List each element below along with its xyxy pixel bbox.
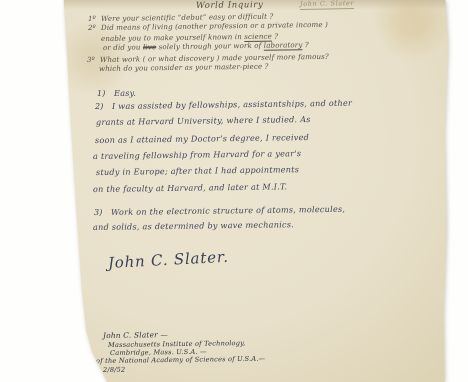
answer-3-line: Work on the electronic structure of atom…: [111, 205, 345, 216]
footer-name: John C. Slater —: [103, 331, 168, 339]
paper-shadow-wrap: John C. Slater World Inquiry 1º Were you…: [0, 0, 468, 382]
scan-background: John C. Slater World Inquiry 1º Were you…: [0, 0, 468, 382]
question-2-line-3-post: ?: [302, 40, 308, 49]
answer-2-line: on the faculty at Harvard, and later at …: [93, 182, 287, 193]
question-2-line-2-underlined: science: [244, 32, 272, 41]
answer-2-line: a traveling fellowship from Harvard for …: [93, 149, 301, 160]
question-2-line-3-underlined: laboratory: [264, 40, 303, 50]
answer-2-line: study in Europe; after that I had appoin…: [96, 165, 299, 176]
question-2-line-2-post: ?: [272, 32, 278, 41]
question-1-number: 1º: [88, 15, 96, 22]
question-2-line-3-struck-word: live: [143, 42, 156, 51]
question-2-line-1: Did means of living (another profession …: [101, 21, 328, 31]
answer-2-number: 2): [95, 102, 103, 110]
answer-3-line: and solids, as determined by wave mechan…: [93, 220, 294, 231]
answer-2-line: I was assisted by fellowships, assistant…: [112, 99, 352, 110]
document-title: World Inquiry: [196, 1, 263, 10]
question-2-number: 2º: [88, 24, 96, 31]
signature: John C. Slater.: [108, 250, 229, 271]
owner-name-stamp: John C. Slater: [300, 0, 354, 9]
question-3-number: 3º: [87, 56, 95, 63]
question-2-line-3-mid: solely through your work of: [156, 41, 264, 52]
answer-1-number: 1): [97, 89, 105, 97]
footer-date: 2/8/52: [103, 367, 126, 374]
question-2-line-3: or did you live solely through your work…: [103, 41, 309, 51]
question-3-line-2: which do you consider as your master-pie…: [99, 63, 269, 72]
question-2-line-3-pre: or did you: [103, 42, 143, 52]
torn-edge-shadow: [85, 350, 102, 382]
paper-sheet: John C. Slater World Inquiry 1º Were you…: [0, 0, 468, 382]
answer-3-number: 3): [94, 208, 102, 216]
footer-academy: of the National Academy of Sciences of U…: [96, 356, 266, 365]
answer-1-text: Easy.: [114, 89, 136, 97]
answer-2-line: grants at Harvard University, where I st…: [96, 115, 311, 126]
answer-2-line: soon as I attained my Doctor's degree, I…: [95, 133, 309, 144]
